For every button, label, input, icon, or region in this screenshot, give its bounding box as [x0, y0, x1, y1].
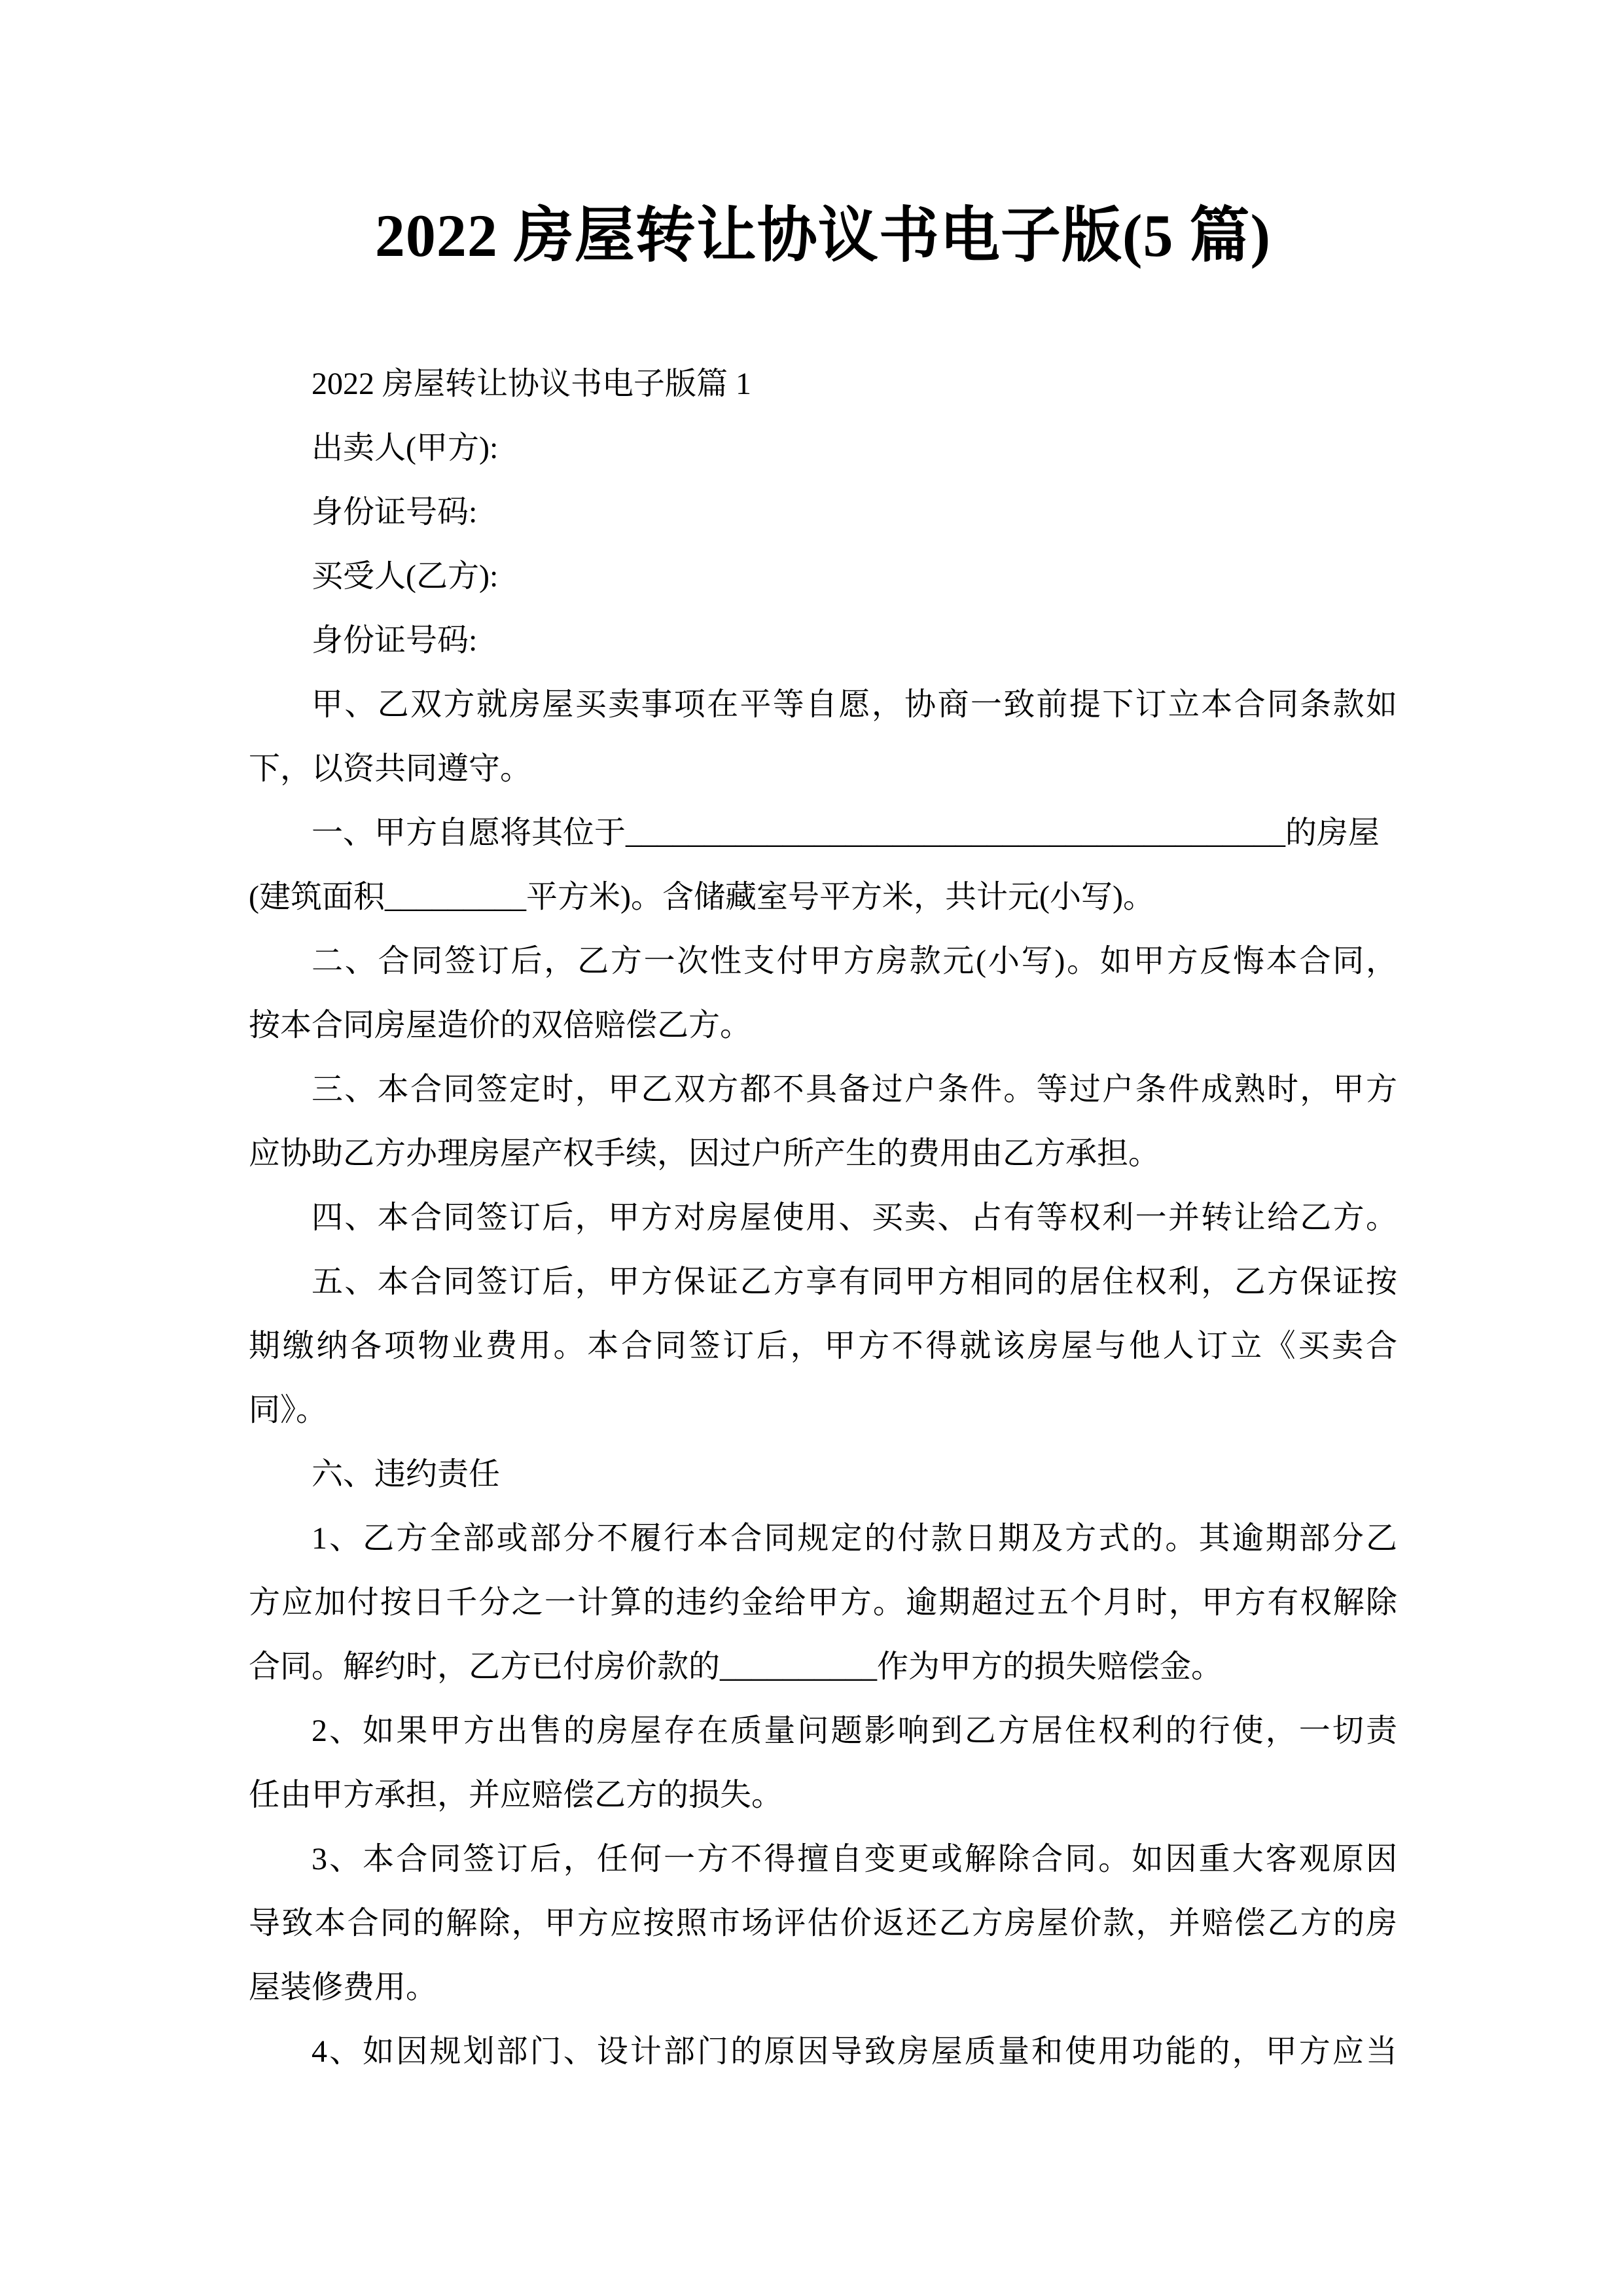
text-line: 1、乙方全部或部分不履行本合同规定的付款日期及方式的。其逾期部分乙 — [249, 1507, 1397, 1571]
text-line: 4、如因规划部门、设计部门的原因导致房屋质量和使用功能的，甲方应当 — [249, 2020, 1397, 2084]
text-line: 出卖人(甲方): — [249, 416, 1397, 480]
text-line: 屋装修费用。 — [249, 1956, 1397, 2020]
text-line: 同》。 — [249, 1378, 1397, 1443]
text-line: 合同。解约时，乙方已付房价款的__________作为甲方的损失赔偿金。 — [249, 1635, 1397, 1699]
text-line: 2、如果甲方出售的房屋存在质量问题影响到乙方居住权利的行使，一切责 — [249, 1699, 1397, 1763]
text-line: 导致本合同的解除，甲方应按照市场评估价返还乙方房屋价款，并赔偿乙方的房 — [249, 1892, 1397, 1956]
document-title: 2022 房屋转让协议书电子版(5 篇) — [249, 204, 1397, 268]
text-line: (建筑面积_________平方米)。含储藏室号平方米，共计元(小写)。 — [249, 865, 1397, 929]
text-line: 五、本合同签订后，甲方保证乙方享有同甲方相同的居住权利，乙方保证按 — [249, 1250, 1397, 1314]
text-line: 2022 房屋转让协议书电子版篇 1 — [249, 352, 1397, 416]
document-body: 2022 房屋转让协议书电子版篇 1出卖人(甲方):身份证号码:买受人(乙方):… — [249, 352, 1397, 2084]
text-line: 3、本合同签订后，任何一方不得擅自变更或解除合同。如因重大客观原因 — [249, 1827, 1397, 1892]
text-line: 四、本合同签订后，甲方对房屋使用、买卖、占有等权利一并转让给乙方。 — [249, 1186, 1397, 1250]
text-line: 身份证号码: — [249, 480, 1397, 545]
text-line: 下，以资共同遵守。 — [249, 737, 1397, 801]
text-line: 买受人(乙方): — [249, 545, 1397, 609]
text-line: 二、合同签订后，乙方一次性支付甲方房款元(小写)。如甲方反悔本合同， — [249, 929, 1397, 994]
text-line: 任由甲方承担，并应赔偿乙方的损失。 — [249, 1763, 1397, 1827]
text-line: 按本合同房屋造价的双倍赔偿乙方。 — [249, 994, 1397, 1058]
text-line: 六、违约责任 — [249, 1443, 1397, 1507]
text-line: 三、本合同签定时，甲乙双方都不具备过户条件。等过户条件成熟时，甲方 — [249, 1058, 1397, 1122]
document-page: 2022 房屋转让协议书电子版(5 篇) 2022 房屋转让协议书电子版篇 1出… — [0, 0, 1623, 2296]
text-line: 应协助乙方办理房屋产权手续，因过户所产生的费用由乙方承担。 — [249, 1122, 1397, 1186]
text-line: 方应加付按日千分之一计算的违约金给甲方。逾期超过五个月时，甲方有权解除 — [249, 1571, 1397, 1635]
text-line: 一、甲方自愿将其位于______________________________… — [249, 801, 1397, 865]
text-line: 期缴纳各项物业费用。本合同签订后，甲方不得就该房屋与他人订立《买卖合 — [249, 1314, 1397, 1378]
text-line: 身份证号码: — [249, 609, 1397, 673]
text-line: 甲、乙双方就房屋买卖事项在平等自愿，协商一致前提下订立本合同条款如 — [249, 673, 1397, 737]
